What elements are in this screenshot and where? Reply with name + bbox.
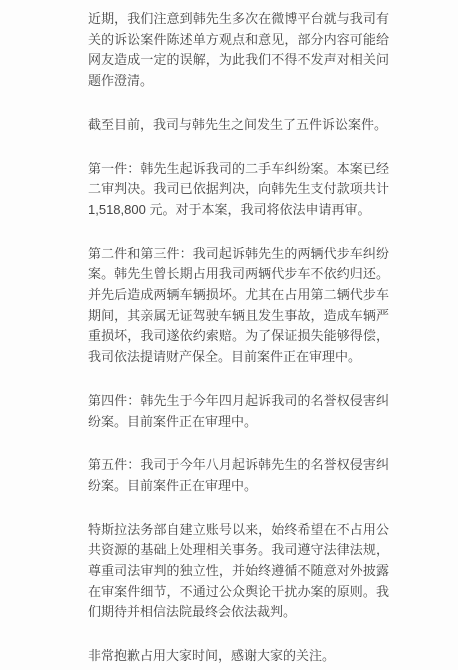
paragraph-case-1: 第一件：韩先生起诉我司的二手车纠纷案。本案已经二审判决。我司已依据判决，向韩先生… [88,159,389,221]
statement-document: 近期，我们注意到韩先生多次在微博平台就与我司有关的诉讼案件陈述单方观点和意见，部… [88,9,389,667]
paragraph-case-summary: 截至目前，我司与韩先生之间发生了五件诉讼案件。 [88,115,389,136]
paragraph-closing: 非常抱歉占用大家时间，感谢大家的关注。 [88,646,389,667]
paragraph-intro: 近期，我们注意到韩先生多次在微博平台就与我司有关的诉讼案件陈述单方观点和意见，部… [88,9,389,92]
paragraph-principles: 特斯拉法务部自建立账号以来，始终希望在不占用公共资源的基础上处理相关事务。我司遵… [88,520,389,624]
paragraph-case-2-3: 第二件和第三件：我司起诉韩先生的两辆代步车纠纷案。韩先生曾长期占用我司两辆代步车… [88,244,389,368]
paragraph-case-5: 第五件：我司于今年八月起诉韩先生的名誉权侵害纠纷案。目前案件正在审理中。 [88,455,389,496]
statement-page: 近期，我们注意到韩先生多次在微博平台就与我司有关的诉讼案件陈述单方观点和意见，部… [0,0,458,670]
paragraph-case-4: 第四件：韩先生于今年四月起诉我司的名誉权侵害纠纷案。目前案件正在审理中。 [88,391,389,432]
